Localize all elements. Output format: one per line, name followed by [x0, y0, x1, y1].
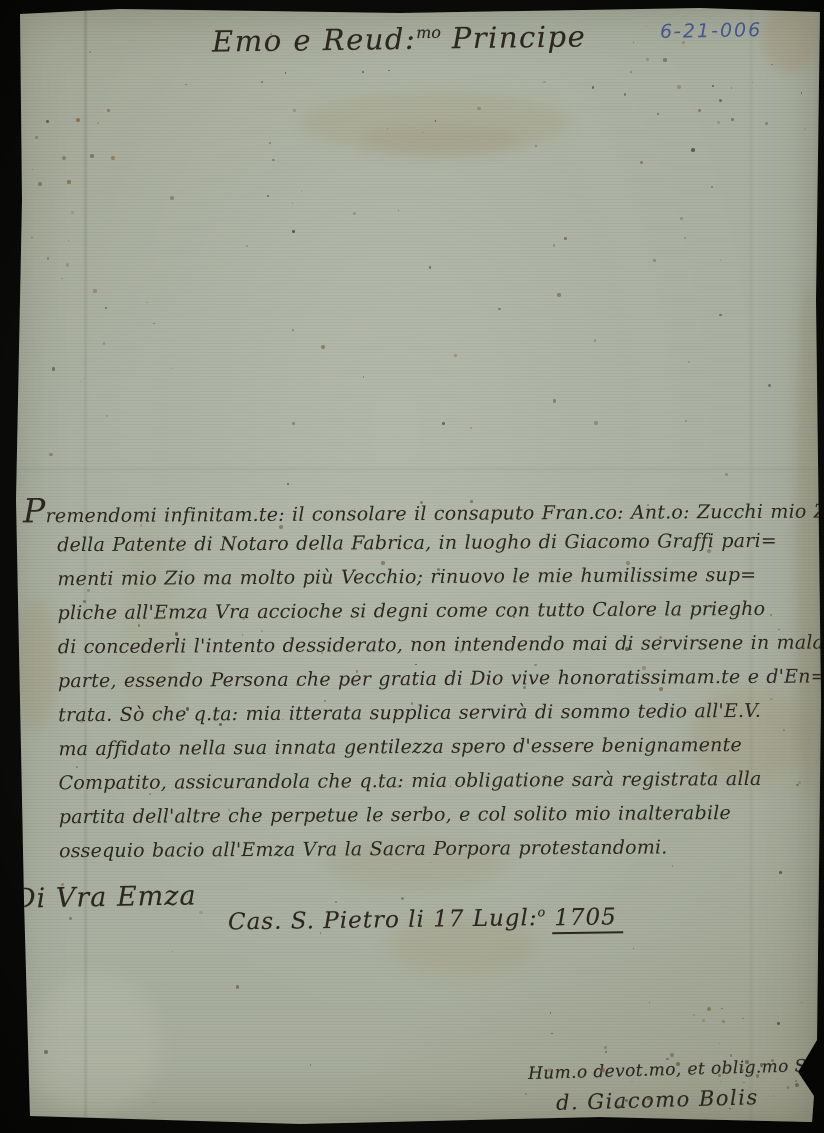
paper-speck	[107, 109, 110, 112]
paper-speck	[720, 260, 722, 262]
dateline-place-date: Cas. S. Pietro li 17 Lugl:	[228, 905, 538, 935]
paper-speck	[720, 1081, 721, 1082]
paper-speck	[52, 367, 56, 371]
signature-honorifics: Hum.o devot.mo, et oblig.mo Servo Vero	[528, 1056, 816, 1084]
paper-speck	[292, 329, 294, 331]
paper-speck	[246, 245, 248, 247]
paper-speck	[717, 121, 720, 124]
paper-speck	[321, 345, 325, 349]
foxing-stain	[762, 6, 818, 72]
paper-speck	[719, 1043, 720, 1044]
paper-speck	[795, 1083, 799, 1087]
paper-speck	[111, 156, 115, 160]
paper-speck	[730, 1054, 733, 1057]
paper-speck	[663, 58, 666, 61]
paper-speck	[38, 182, 42, 186]
paper-speck	[172, 951, 173, 952]
paper-speck	[685, 420, 687, 422]
paper-speck	[269, 142, 271, 144]
paper-speck	[691, 148, 695, 152]
paper-speck	[170, 196, 174, 200]
paper-speck	[353, 212, 356, 215]
paper-speck	[624, 93, 626, 95]
paper-speck	[171, 368, 172, 369]
paper-speck	[97, 122, 99, 124]
paper-speck	[387, 128, 388, 129]
dateline-year: 1705	[552, 904, 623, 934]
salutation-superscript: mo	[416, 23, 441, 42]
paper-speck	[594, 421, 598, 425]
valediction: Di Vra Emza	[14, 880, 197, 914]
paper-speck	[525, 1093, 528, 1096]
paper-speck	[550, 1012, 552, 1014]
paper-speck	[292, 203, 293, 204]
paper-speck	[31, 237, 32, 238]
paper-speck	[363, 376, 365, 378]
archive-reference-number: 6-21-006	[660, 19, 763, 43]
paper-speck	[61, 278, 62, 279]
paper-speck	[89, 51, 91, 53]
paper-speck	[712, 85, 714, 87]
paper-speck	[93, 289, 96, 292]
paper-speck	[261, 81, 263, 83]
dateline: Cas. S. Pietro li 17 Lugl:o1705	[228, 903, 623, 935]
paper-speck	[442, 422, 446, 426]
dateline-superscript: o	[537, 904, 546, 919]
paper-speck	[543, 81, 545, 83]
paper-speck	[779, 871, 783, 875]
paper-speck	[80, 381, 81, 382]
paper-speck	[801, 1002, 802, 1003]
horizontal-fold-crease	[0, 468, 824, 470]
paper-speck	[49, 453, 53, 457]
paper-speck	[429, 266, 432, 269]
paper-speck	[272, 159, 274, 161]
salutation: Emo e Reud:mo Principe	[212, 19, 587, 58]
paper-speck	[71, 211, 74, 214]
paper-speck	[698, 109, 701, 112]
paper-speck	[388, 70, 389, 71]
paper-speck	[633, 42, 634, 43]
paper-speck	[646, 58, 649, 61]
paper-speck	[771, 64, 772, 65]
paper-speck	[680, 217, 683, 220]
paper-speck	[301, 191, 302, 192]
paper-speck	[670, 1053, 674, 1057]
paper-speck	[725, 473, 728, 476]
paper-speck	[640, 161, 643, 164]
body-line: menti mio Zio ma molto più Vecchio; rinu…	[23, 558, 809, 597]
paper-speck	[557, 293, 560, 296]
body-line: trata. Sò che q.ta: mia itterata supplic…	[24, 694, 810, 733]
paper-speck	[146, 302, 147, 303]
paper-speck	[768, 384, 772, 388]
paper-speck	[795, 1080, 797, 1082]
paper-speck	[105, 307, 107, 309]
paper-speck	[551, 1033, 553, 1035]
paper-speck	[594, 339, 596, 341]
signature-name: d. Giacomo Bolis	[556, 1085, 759, 1115]
paper-speck	[553, 399, 556, 402]
ink-showthrough-stain	[360, 126, 520, 156]
paper-speck	[672, 865, 673, 866]
paper-speck	[293, 109, 296, 112]
paper-speck	[470, 427, 472, 429]
paper-speck	[693, 1014, 696, 1017]
paper-speck	[707, 1007, 711, 1011]
paper-speck	[535, 145, 537, 147]
paper-speck	[267, 195, 269, 197]
paper-speck	[185, 84, 186, 85]
paper-speck	[743, 1082, 744, 1083]
scan-page: { "document": { "archive_ref": "6-21-006…	[0, 0, 824, 1133]
letter-body: Premendomi infinitam.te: il consolare il…	[23, 490, 811, 869]
paper-speck	[285, 72, 287, 74]
paper-speck	[719, 99, 722, 102]
paper-speck	[564, 237, 567, 240]
paper-speck	[702, 1019, 705, 1022]
paper-speck	[721, 1008, 723, 1010]
body-line: Compatito, assicurandola che q.ta: mia o…	[25, 762, 811, 801]
paper-speck	[362, 71, 364, 73]
paper-speck	[752, 82, 753, 83]
paper-speck	[688, 361, 690, 363]
paper-speck	[604, 1046, 607, 1049]
paper-speck	[153, 323, 155, 325]
paper-speck	[106, 415, 108, 417]
body-line: Premendomi infinitam.te: il consolare il…	[23, 490, 809, 529]
body-line: parte, essendo Persona che per gratia di…	[24, 660, 810, 699]
salutation-text: Principe	[441, 19, 587, 55]
paper-speck	[103, 342, 105, 344]
paper-speck	[67, 180, 70, 183]
paper-speck	[76, 118, 80, 122]
paper-speck	[801, 92, 803, 94]
paper-speck	[398, 210, 399, 211]
body-line: della Patente di Notaro della Fabrica, i…	[23, 524, 809, 563]
paper-speck	[649, 1002, 651, 1004]
paper-speck	[32, 169, 33, 170]
paper-speck	[773, 1095, 774, 1096]
paper-speck	[498, 308, 501, 311]
paper-speck	[69, 917, 72, 920]
paper-speck	[633, 948, 635, 950]
paper-speck	[553, 244, 555, 246]
paper-speck	[630, 71, 632, 73]
paper-speck	[153, 1102, 154, 1103]
body-line: ossequio bacio all'Emza Vra la Sacra Por…	[25, 830, 811, 869]
paper-speck	[287, 483, 289, 485]
paper-speck	[35, 136, 38, 139]
paper-speck	[44, 1050, 48, 1054]
paper-speck	[66, 263, 70, 267]
body-line: ma affidato nella sua innata gentilezza …	[24, 728, 810, 767]
paper-speck	[292, 230, 295, 233]
paper-speck	[236, 985, 239, 988]
paper-speck	[731, 118, 734, 121]
paper-speck	[46, 120, 50, 124]
ink-showthrough-stain	[300, 92, 570, 154]
paper-speck	[605, 1051, 607, 1053]
paper-speck	[47, 257, 49, 259]
paper-speck	[435, 120, 437, 122]
body-line: pliche all'Emza Vra accioche si degni co…	[23, 592, 809, 631]
paper-speck	[677, 85, 681, 89]
paper-speck	[653, 259, 656, 262]
manuscript-paper: Emo e Reud:mo Principe 6-21-006 Premendo…	[0, 0, 824, 1133]
paper-speck	[90, 154, 94, 158]
paper-speck	[804, 128, 806, 130]
paper-speck	[711, 186, 713, 188]
paper-speck	[646, 26, 647, 27]
paper-speck	[454, 354, 457, 357]
paper-speck	[765, 122, 768, 125]
paper-speck	[477, 107, 480, 110]
paper-speck	[731, 87, 733, 89]
paper-speck	[62, 156, 66, 160]
paper-speck	[777, 1022, 780, 1025]
salutation-text: Emo e Reud:	[212, 22, 417, 59]
paper-speck	[310, 1064, 312, 1066]
paper-speck	[422, 132, 423, 133]
paper-speck	[657, 113, 659, 115]
paper-speck	[722, 1020, 725, 1023]
paper-speck	[684, 237, 686, 239]
paper-speck	[199, 911, 203, 915]
paper-speck	[68, 240, 69, 241]
paper-speck	[592, 86, 595, 89]
paper-speck	[719, 314, 722, 317]
paper-speck	[292, 422, 295, 425]
paper-speck	[742, 1018, 743, 1019]
paper-speck	[335, 901, 337, 903]
paper-speck	[631, 1081, 632, 1082]
paper-speck	[787, 1086, 789, 1088]
light-patch	[30, 975, 160, 1115]
paper-speck	[401, 897, 404, 900]
body-line: partita dell'altre che perpetue le serbo…	[25, 796, 811, 835]
body-line: di concederli l'intento dessiderato, non…	[24, 626, 810, 665]
